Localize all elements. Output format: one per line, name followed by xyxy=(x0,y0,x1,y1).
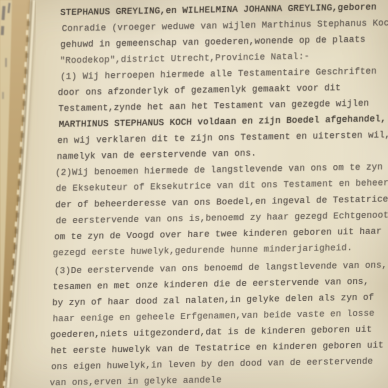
book-page-photo: van,MARTHINUSSTEPHANUS GREYLING,en WILHE… xyxy=(0,0,388,388)
typed-text: van,MARTHINUSSTEPHANUS GREYLING,en WILHE… xyxy=(49,0,388,388)
